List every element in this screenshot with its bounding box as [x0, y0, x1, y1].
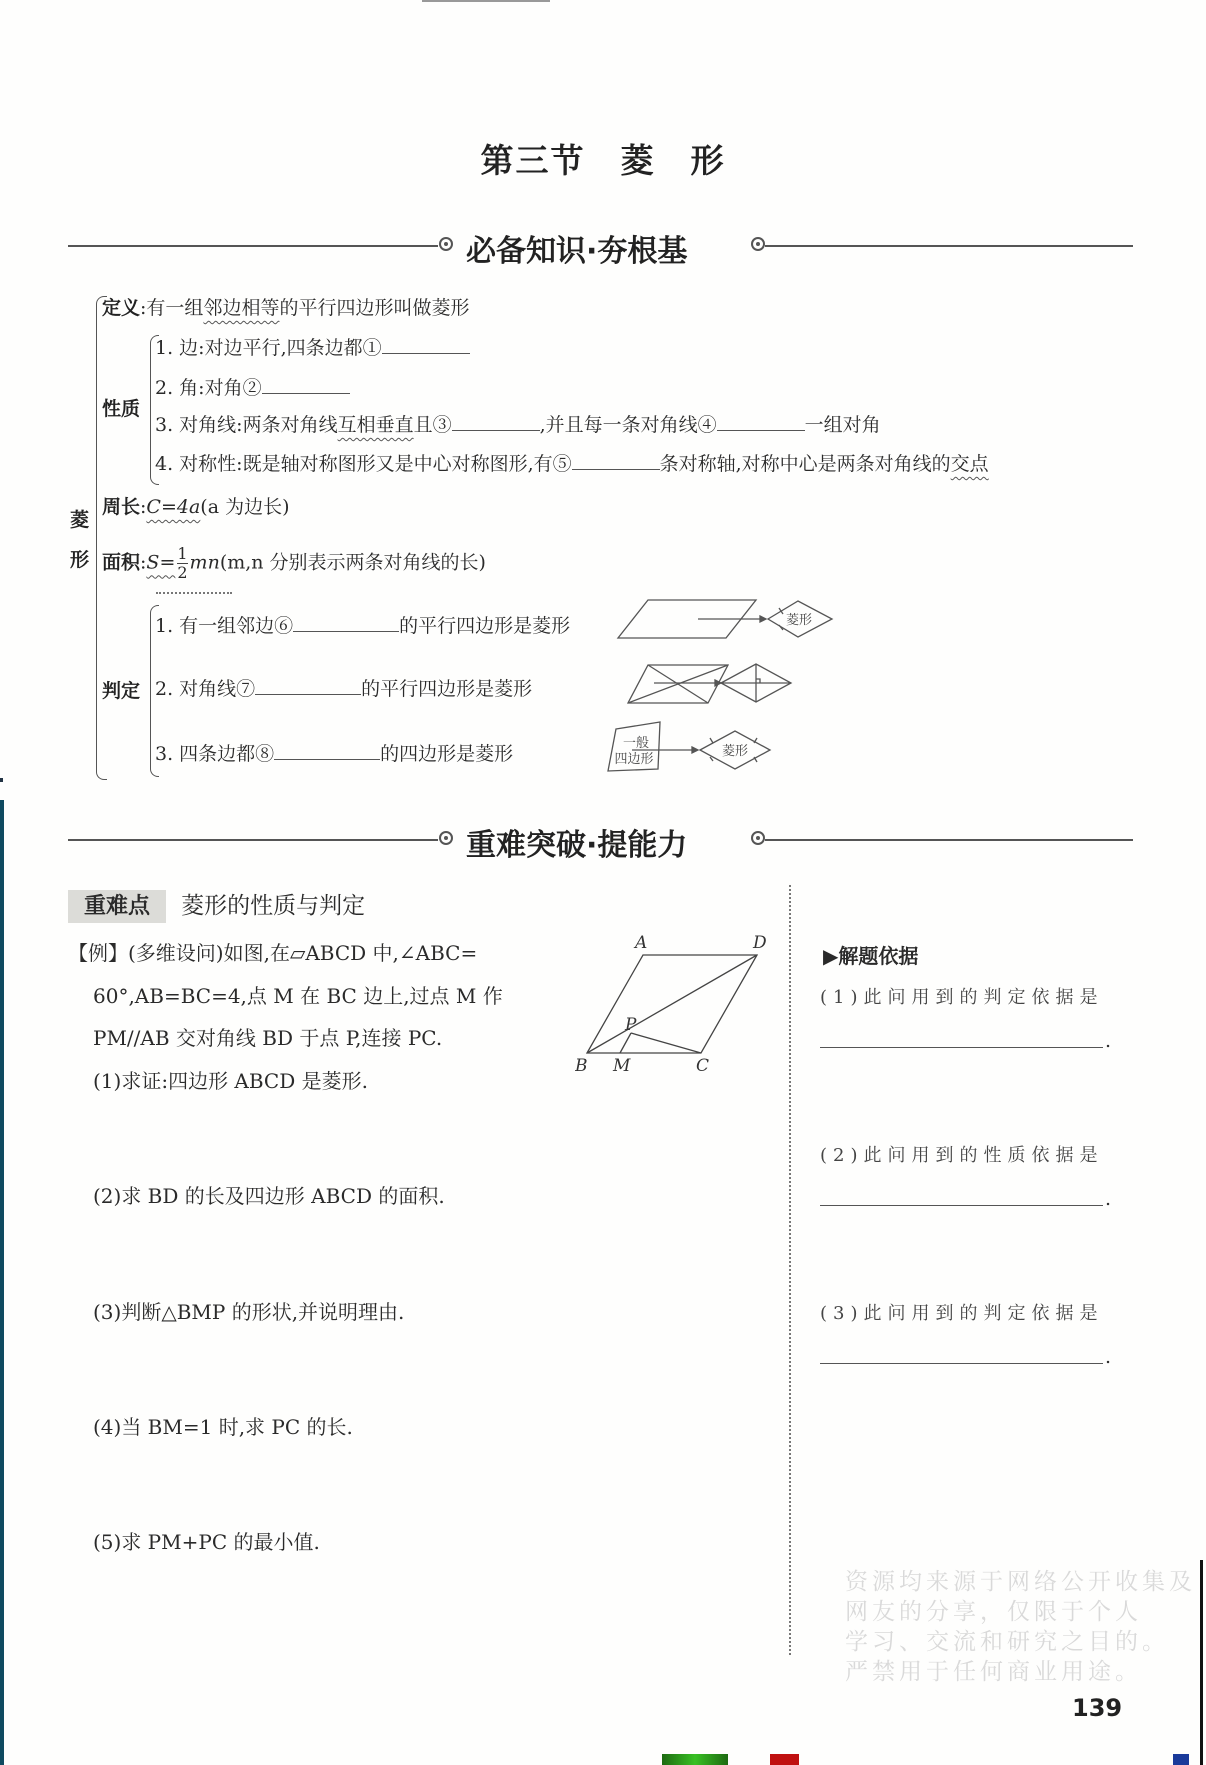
column-divider [789, 885, 791, 1655]
root-label-1: 菱 [70, 505, 89, 532]
perimeter-row: 周长:C=4a(a 为边长) [102, 492, 290, 519]
criteria-figures: 菱形 一般 四边形 菱形 [550, 595, 850, 785]
section-header-breakthrough: 重难突破·提能力 [68, 820, 1133, 860]
top-edge-mark [422, 0, 550, 2]
svg-text:A: A [633, 933, 647, 953]
criteria-item-1: 1. 有一组邻边⑥的平行四边形是菱形 [155, 611, 570, 638]
ring-icon [751, 237, 765, 251]
svg-text:四边形: 四边形 [614, 751, 653, 767]
criteria-item-3: 3. 四条边都⑧的四边形是菱形 [155, 739, 513, 766]
ring-icon [439, 237, 453, 251]
answer-line-1[interactable] [820, 1046, 1103, 1048]
svg-text:M: M [612, 1056, 631, 1076]
properties-label: 性质 [102, 394, 140, 421]
page-title: 第三节 菱 形 [0, 135, 1206, 182]
property-item-1: 1. 边:对边平行,四条边都① [155, 333, 470, 360]
sidebar-item-3: (3)此问用到的判定依据是 [820, 1299, 1104, 1325]
svg-text:D: D [752, 933, 767, 953]
watermark: 资源均来源于网络公开收集及 网友的分享，仅限于个人 学习、交流和研究之目的。 严… [845, 1567, 1196, 1687]
example-line-1: 【例】(多维设问)如图,在▱ABCD 中,∠ABC= [68, 937, 477, 966]
ring-icon [439, 831, 453, 845]
triangle-right-icon: ▶ [823, 944, 838, 968]
page-edge-mark [0, 778, 3, 782]
answer-line-3[interactable] [820, 1362, 1103, 1364]
section-header-basics: 必备知识·夯根基 [68, 226, 1133, 266]
question-3: (3)判断△BMP 的形状,并说明理由. [93, 1296, 404, 1325]
emphasis-adjacent-equal: 邻边相等 [203, 297, 279, 319]
fraction: 12 [177, 545, 187, 582]
question-2: (2)求 BD 的长及四边形 ABCD 的面积. [93, 1180, 445, 1209]
section-header-label: 重难突破·提能力 [466, 820, 687, 864]
property-item-4: 4. 对称性:既是轴对称图形又是中心对称图形,有⑤条对称轴,对称中心是两条对角线… [155, 449, 989, 476]
page-edge-bar [0, 800, 4, 1765]
blank-6[interactable] [293, 613, 399, 632]
property-item-2: 2. 角:对角② [155, 373, 350, 400]
blank-2[interactable] [262, 375, 350, 394]
definition-label: 定义 [102, 297, 140, 319]
figure-label-rhombus: 菱形 [786, 612, 812, 628]
svg-text:P: P [624, 1015, 637, 1035]
color-tab-green [662, 1754, 728, 1765]
ring-icon [751, 831, 765, 845]
question-4: (4)当 BM=1 时,求 PC 的长. [93, 1411, 353, 1440]
criteria-item-2: 2. 对角线⑦的平行四边形是菱形 [155, 674, 532, 701]
blank-3[interactable] [452, 412, 540, 431]
key-point-heading: 重难点 菱形的性质与判定 [68, 887, 365, 920]
svg-text:一般: 一般 [623, 736, 649, 751]
sidebar-title: ▶解题依据 [823, 940, 918, 969]
blank-5[interactable] [572, 451, 660, 470]
blank-8[interactable] [274, 741, 380, 760]
right-edge-bar [1200, 1560, 1203, 1765]
criteria-label: 判定 [102, 676, 140, 703]
main-brace [96, 296, 107, 780]
svg-text:B: B [575, 1056, 588, 1076]
area-row: 面积:S=12mn(m,n 分别表示两条对角线的长) [102, 545, 486, 582]
blank-1[interactable] [382, 335, 470, 354]
definition-row: 定义:有一组邻边相等的平行四边形叫做菱形 [102, 293, 469, 320]
sidebar-item-1: (1)此问用到的判定依据是 [820, 983, 1104, 1009]
question-5: (5)求 PM+PC 的最小值. [93, 1526, 320, 1555]
color-tab-red [770, 1754, 799, 1765]
question-1: (1)求证:四边形 ABCD 是菱形. [93, 1065, 368, 1094]
svg-text:菱形: 菱形 [722, 743, 748, 759]
area-wavy-underline [156, 588, 232, 594]
example-line-2: 60°,AB=BC=4,点 M 在 BC 边上,过点 M 作 [93, 980, 503, 1009]
root-label-2: 形 [70, 545, 89, 572]
section-header-label: 必备知识·夯根基 [466, 226, 687, 270]
blank-4[interactable] [717, 412, 805, 431]
answer-line-2[interactable] [820, 1204, 1103, 1206]
key-point-topic: 菱形的性质与判定 [181, 893, 365, 919]
sidebar-item-2: (2)此问用到的性质依据是 [820, 1141, 1104, 1167]
page-number: 139 [1072, 1694, 1122, 1722]
property-item-3: 3. 对角线:两条对角线互相垂直且③,并且每一条对角线④一组对角 [155, 410, 881, 437]
color-tab-blue [1173, 1754, 1189, 1765]
blank-7[interactable] [255, 676, 361, 695]
key-point-tag: 重难点 [68, 890, 166, 923]
example-line-3: PM//AB 交对角线 BD 于点 P,连接 PC. [93, 1022, 442, 1051]
svg-text:C: C [696, 1056, 709, 1076]
rhombus-figure: A D P B M C [575, 930, 775, 1080]
